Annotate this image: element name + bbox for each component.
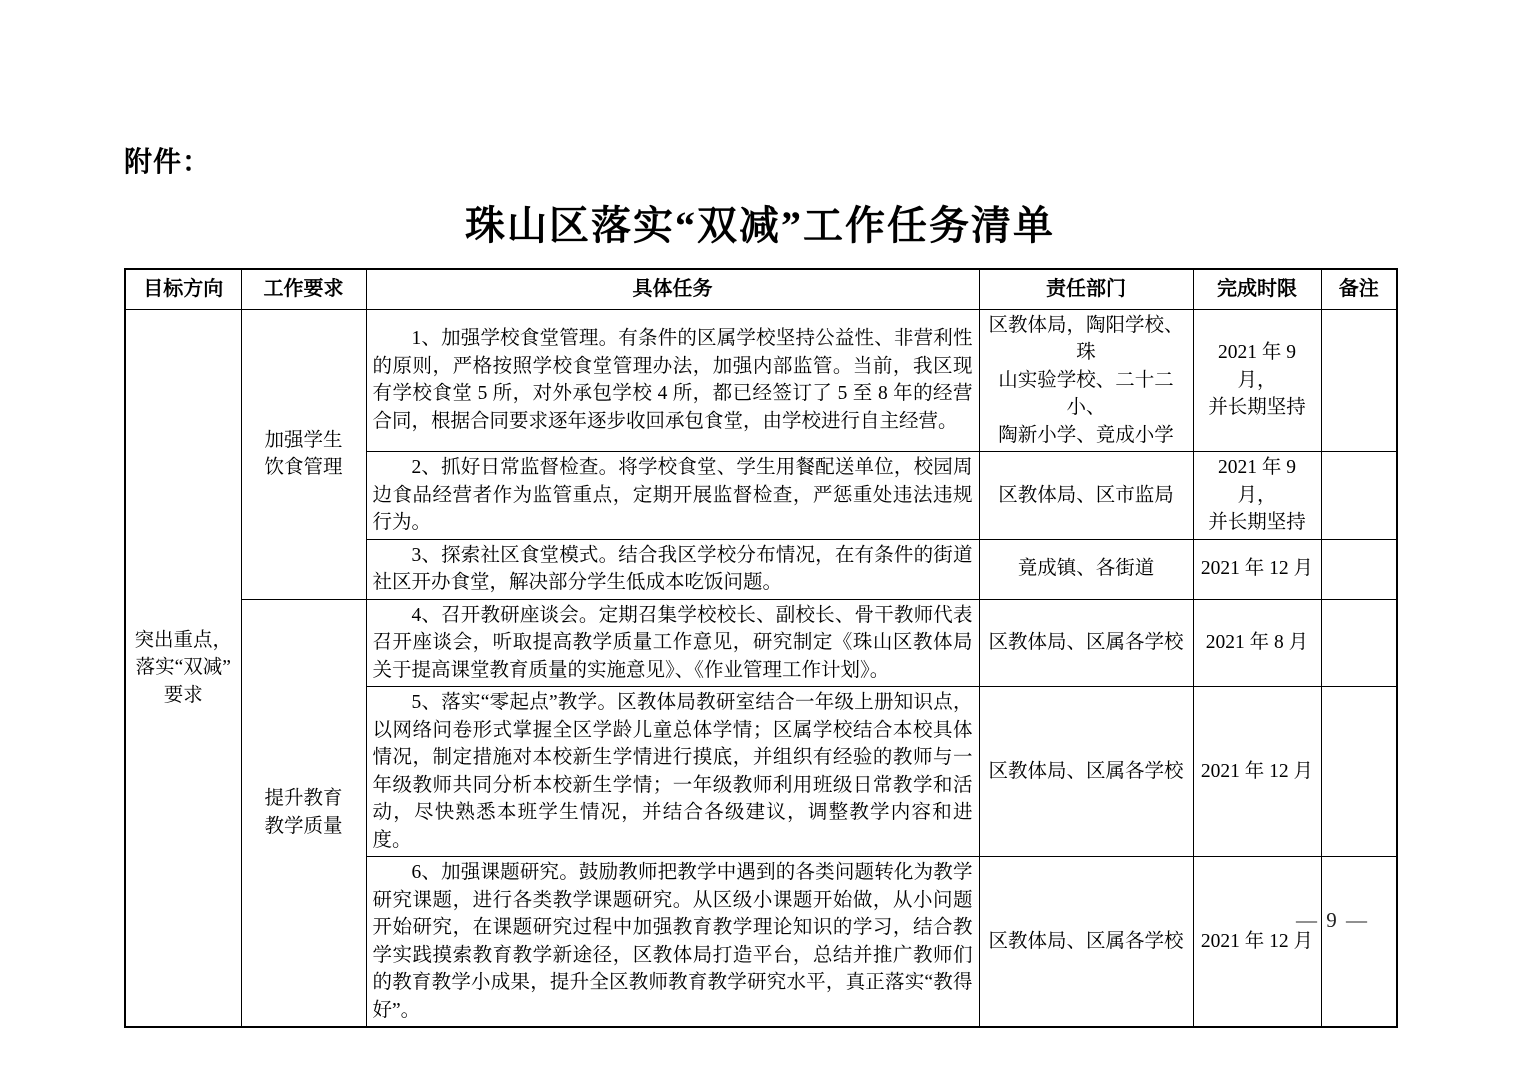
task-cell: 3、探索社区食堂模式。结合我区学校分布情况，在有条件的街道社区开办食堂，解决部分… <box>366 539 979 599</box>
requirement-cell-food: 加强学生 饮食管理 <box>241 309 366 599</box>
table-row: 突出重点， 落实“双减” 要求 加强学生 饮食管理 1、加强学校食堂管理。有条件… <box>125 309 1397 452</box>
table-row: 提升教育 教学质量 4、召开教研座谈会。定期召集学校校长、副校长、骨干教师代表召… <box>125 599 1397 687</box>
deadline-cell: 2021 年 12 月 <box>1193 857 1321 1028</box>
goal-direction-cell: 突出重点， 落实“双减” 要求 <box>125 309 241 1027</box>
header-remark: 备注 <box>1321 269 1397 309</box>
deadline-cell: 2021 年 8 月 <box>1193 599 1321 687</box>
header-goal: 目标方向 <box>125 269 241 309</box>
department-cell: 区教体局、区属各学校 <box>979 687 1193 857</box>
task-cell: 6、加强课题研究。鼓励教师把教学中遇到的各类问题转化为教学研究课题，进行各类教学… <box>366 857 979 1028</box>
page-title: 珠山区落实“双减”工作任务清单 <box>124 194 1396 251</box>
header-deadline: 完成时限 <box>1193 269 1321 309</box>
header-task: 具体任务 <box>366 269 979 309</box>
requirement-cell-teaching: 提升教育 教学质量 <box>241 599 366 1027</box>
department-cell: 区教体局、区属各学校 <box>979 599 1193 687</box>
remark-cell <box>1321 687 1397 857</box>
deadline-cell: 2021 年 12 月 <box>1193 687 1321 857</box>
task-cell: 5、落实“零起点”教学。区教体局教研室结合一年级上册知识点，以网络问卷形式掌握全… <box>366 687 979 857</box>
header-requirement: 工作要求 <box>241 269 366 309</box>
department-cell: 区教体局、区市监局 <box>979 452 1193 540</box>
task-cell: 2、抓好日常监督检查。将学校食堂、学生用餐配送单位，校园周边食品经营者作为监管重… <box>366 452 979 540</box>
page-number: — 9 — <box>1296 908 1369 933</box>
header-department: 责任部门 <box>979 269 1193 309</box>
department-cell: 区教体局，陶阳学校、珠 山实验学校、二十二小、 陶新小学、竟成小学 <box>979 309 1193 452</box>
remark-cell <box>1321 857 1397 1028</box>
department-cell: 竟成镇、各街道 <box>979 539 1193 599</box>
task-cell: 4、召开教研座谈会。定期召集学校校长、副校长、骨干教师代表召开座谈会，听取提高教… <box>366 599 979 687</box>
attachment-label: 附件： <box>124 140 211 180</box>
deadline-cell: 2021 年 9 月， 并长期坚持 <box>1193 452 1321 540</box>
remark-cell <box>1321 309 1397 452</box>
remark-cell <box>1321 599 1397 687</box>
remark-cell <box>1321 539 1397 599</box>
table-header-row: 目标方向 工作要求 具体任务 责任部门 完成时限 备注 <box>125 269 1397 309</box>
deadline-cell: 2021 年 12 月 <box>1193 539 1321 599</box>
remark-cell <box>1321 452 1397 540</box>
task-table: 目标方向 工作要求 具体任务 责任部门 完成时限 备注 突出重点， 落实“双减”… <box>124 268 1398 1028</box>
task-cell: 1、加强学校食堂管理。有条件的区属学校坚持公益性、非营利性的原则，严格按照学校食… <box>366 309 979 452</box>
deadline-cell: 2021 年 9 月， 并长期坚持 <box>1193 309 1321 452</box>
department-cell: 区教体局、区属各学校 <box>979 857 1193 1028</box>
document-page: 附件： 珠山区落实“双减”工作任务清单 目标方向 工作要求 具体任务 责任部门 … <box>0 0 1520 1074</box>
